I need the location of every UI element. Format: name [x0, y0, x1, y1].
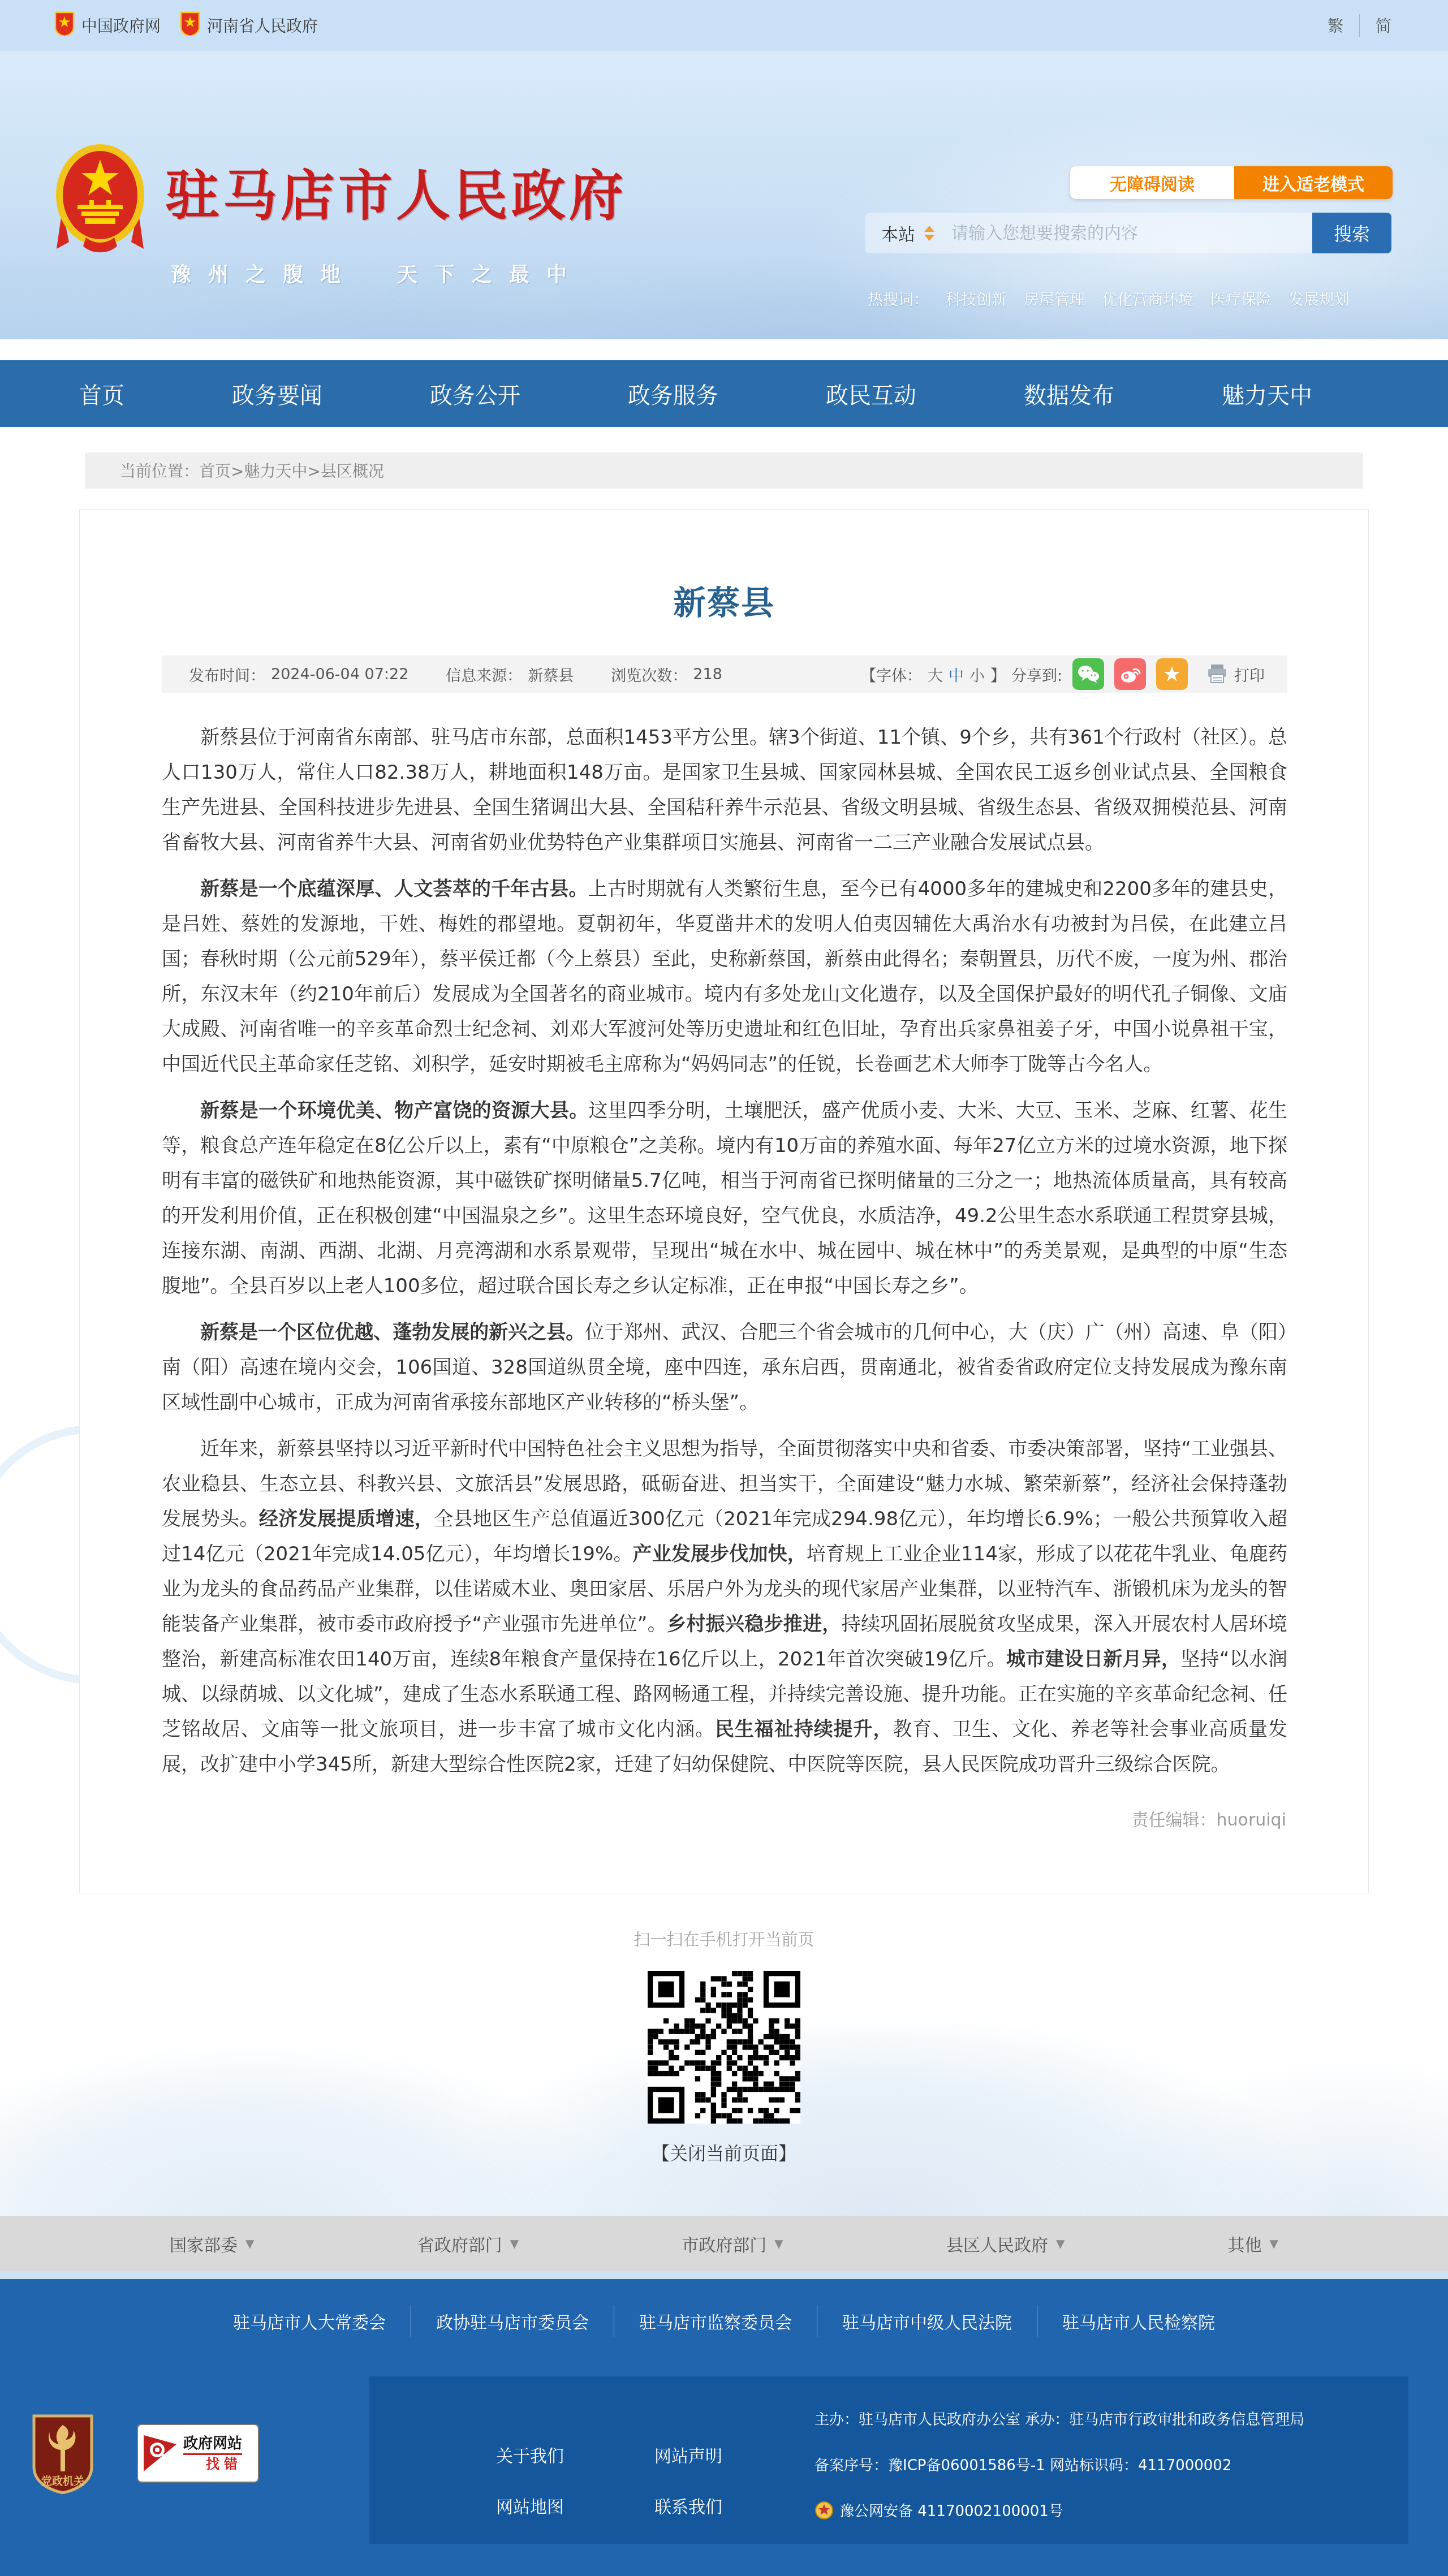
article-paragraph: 新蔡是一个底蕴深厚、人文荟萃的千年古县。上古时期就有人类繁衍生息，至今已有400… — [162, 871, 1287, 1082]
nav-item-open-gov[interactable]: 政务公开 — [430, 378, 520, 410]
link-label: 中国政府网 — [81, 14, 161, 37]
page: 中国政府网 河南省人民政府 繁 简 — [0, 0, 1448, 2576]
footer-link-zhengxie[interactable]: 政协驻马店市委员会 — [411, 2305, 614, 2337]
font-large-button[interactable]: 大 — [928, 663, 943, 685]
breadcrumb-text[interactable]: 当前位置：首页>魅力天中>县区概况 — [120, 459, 384, 482]
tagline-left: 豫州之腹地 — [171, 259, 357, 288]
footer-link-fayuan[interactable]: 驻马店市中级人民法院 — [817, 2305, 1037, 2337]
security-line: 豫公网安备 41170002100001号 — [815, 2500, 1304, 2521]
chevron-down-icon: ▼ — [510, 2237, 519, 2250]
qr-section: 扫一扫在手机打开当前页 【关闭当前页面】 — [0, 1927, 1448, 2165]
nav-item-data[interactable]: 数据发布 — [1024, 378, 1114, 410]
tagline-right: 天下之最中 — [397, 259, 584, 288]
chevron-down-icon: ▼ — [774, 2237, 783, 2250]
favorite-star-icon[interactable]: ★ — [1156, 658, 1188, 690]
nav-item-charm[interactable]: 魅力天中 — [1222, 378, 1312, 410]
footer-link-sitemap[interactable]: 网站地图 — [496, 2493, 564, 2518]
article-meta-right: 【字体： 大 中 小 】 分享到: ★ 打印 — [861, 658, 1265, 690]
hot-word[interactable]: 医疗保险 — [1210, 287, 1272, 309]
site-error-report-badge[interactable]: 政府网站 找错 — [137, 2424, 259, 2483]
link-china-gov[interactable]: 中国政府网 — [54, 11, 161, 40]
footer-info-panel: 关于我们 网站声明 网站地图 联系我们 主办：驻马店市人民政府办公室 承办：驻马… — [369, 2376, 1408, 2544]
national-emblem-icon — [180, 11, 200, 40]
language-switch: 繁 简 — [1328, 0, 1391, 51]
site-emblem-logo[interactable] — [52, 141, 148, 260]
qr-code — [648, 1971, 800, 2124]
share-label: 分享到: — [1011, 663, 1062, 685]
nav-item-news[interactable]: 政务要闻 — [232, 378, 322, 410]
security-text[interactable]: 豫公网安备 41170002100001号 — [839, 2500, 1063, 2521]
hot-word[interactable]: 优化营商环境 — [1102, 287, 1193, 309]
search-bar: 本站 搜索 — [865, 213, 1391, 253]
breadcrumb: 当前位置：首页>魅力天中>县区概况 — [85, 452, 1363, 489]
footer-link-statement[interactable]: 网站声明 — [654, 2442, 722, 2467]
footer-link-renda[interactable]: 驻马店市人大常委会 — [208, 2305, 411, 2337]
article-paragraph: 新蔡是一个区位优越、蓬勃发展的新兴之县。位于郑州、武汉、合肥三个省会城市的几何中… — [162, 1315, 1287, 1420]
accessibility-pill: 无障碍阅读 进入适老模式 — [1070, 166, 1393, 199]
printer-icon — [1206, 663, 1229, 685]
accessible-reading-button[interactable]: 无障碍阅读 — [1070, 166, 1234, 199]
party-gov-badge[interactable]: 党政机关 — [29, 2413, 96, 2496]
font-size-label-end: 】 — [990, 663, 1006, 685]
views-value: 218 — [693, 666, 722, 683]
source-value: 新蔡县 — [528, 663, 574, 685]
article-body: 新蔡县位于河南省东南部、驻马店市东部，总面积1453平方公里。辖3个街道、11个… — [162, 720, 1287, 1793]
page-title: 新蔡县 — [80, 576, 1368, 624]
chevron-down-icon: ▼ — [1056, 2237, 1065, 2250]
national-emblem-icon — [54, 11, 75, 40]
font-small-button[interactable]: 小 — [969, 663, 985, 685]
icp-line: 备案序号：豫ICP备06001586号-1 网站标识码：4117000002 — [815, 2454, 1304, 2475]
footer-link-about[interactable]: 关于我们 — [496, 2442, 564, 2467]
dropdown-provincial-departments[interactable]: 省政府部门▼ — [417, 2231, 519, 2256]
dropdown-city-departments[interactable]: 市政府部门▼ — [682, 2231, 783, 2256]
link-henan-gov[interactable]: 河南省人民政府 — [180, 11, 318, 40]
chevron-down-icon: ▼ — [245, 2237, 254, 2250]
weibo-share-icon[interactable] — [1114, 658, 1146, 690]
publish-time-label: 发布时间： — [189, 663, 265, 685]
gov-links: 中国政府网 河南省人民政府 — [54, 11, 318, 40]
footer-legal-info: 主办：驻马店市人民政府办公室 承办：驻马店市行政审批和政务信息管理局 备案序号：… — [815, 2408, 1304, 2545]
wechat-share-icon[interactable] — [1072, 658, 1104, 690]
article-card: 新蔡县 发布时间： 2024-06-04 07:22 信息来源： 新蔡县 浏览次… — [79, 509, 1369, 1893]
footer-link-contact[interactable]: 联系我们 — [654, 2493, 722, 2518]
divider — [1359, 14, 1360, 37]
print-label: 打印 — [1234, 663, 1265, 685]
footer-org-links: 驻马店市人大常委会 政协驻马店市委员会 驻马店市监察委员会 驻马店市中级人民法院… — [0, 2305, 1448, 2337]
link-label: 河南省人民政府 — [207, 14, 318, 37]
dropdown-national-ministries[interactable]: 国家部委▼ — [170, 2231, 254, 2256]
site-tagline: 豫州之腹地 天下之最中 — [171, 259, 584, 288]
editor-label: 责任编辑： — [1132, 1810, 1217, 1830]
font-medium-button[interactable]: 中 — [949, 663, 964, 685]
chevron-down-icon: ▼ — [1270, 2237, 1278, 2250]
footer-link-jiancha[interactable]: 驻马店市监察委员会 — [614, 2305, 817, 2337]
sort-arrows-icon — [924, 226, 934, 241]
magnifier-flag-icon — [143, 2432, 180, 2475]
dropdown-county-governments[interactable]: 县区人民政府▼ — [946, 2231, 1065, 2256]
source-label: 信息来源： — [446, 663, 522, 685]
search-input[interactable] — [950, 223, 1312, 244]
footer-dropdown-bar: 国家部委▼ 省政府部门▼ 市政府部门▼ 县区人民政府▼ 其他▼ — [0, 2216, 1448, 2271]
dropdown-others[interactable]: 其他▼ — [1228, 2231, 1278, 2256]
views-label: 浏览次数： — [611, 663, 687, 685]
footer: 驻马店市人大常委会 政协驻马店市委员会 驻马店市监察委员会 驻马店市中级人民法院… — [0, 2279, 1448, 2576]
nav-item-home[interactable]: 首页 — [79, 378, 124, 410]
security-badge-icon — [815, 2501, 834, 2520]
article-paragraph: 新蔡县位于河南省东南部、驻马店市东部，总面积1453平方公里。辖3个街道、11个… — [162, 720, 1287, 860]
hot-search-label: 热搜词： — [868, 287, 929, 309]
editor-name: huoruiqi — [1217, 1810, 1286, 1830]
article-meta-left: 发布时间： 2024-06-04 07:22 信息来源： 新蔡县 浏览次数： 2… — [189, 663, 722, 685]
header-banner: 驻马店市人民政府 豫州之腹地 天下之最中 无障碍阅读 进入适老模式 本站 搜索 … — [0, 51, 1448, 339]
lang-traditional-button[interactable]: 繁 — [1328, 14, 1343, 37]
nav-item-services[interactable]: 政务服务 — [628, 378, 718, 410]
main-nav: 首页 政务要闻 政务公开 政务服务 政民互动 数据发布 魅力天中 — [0, 360, 1448, 427]
search-scope-value: 本站 — [881, 221, 915, 245]
hot-word[interactable]: 房屋管理 — [1024, 287, 1085, 309]
nav-item-interaction[interactable]: 政民互动 — [826, 378, 916, 410]
font-size-label: 【字体： — [861, 663, 922, 685]
elder-mode-button[interactable]: 进入适老模式 — [1234, 166, 1393, 199]
hot-word[interactable]: 发展规划 — [1288, 287, 1350, 309]
badge-site-label: 政府网站 — [183, 2434, 242, 2455]
footer-link-jianchayuan[interactable]: 驻马店市人民检察院 — [1037, 2305, 1240, 2337]
editor-line: 责任编辑：huoruiqi — [1132, 1806, 1286, 1831]
hot-search-row: 热搜词： 科技创新 房屋管理 优化营商环境 医疗保险 发展规划 — [868, 287, 1350, 309]
site-title: 驻马店市人民政府 — [165, 153, 627, 230]
publish-time-value: 2024-06-04 07:22 — [271, 666, 408, 683]
qr-tip-text: 扫一扫在手机打开当前页 — [0, 1927, 1448, 1951]
article-paragraph: 近年来，新蔡县坚持以习近平新时代中国特色社会主义思想为指导，全面贯彻落实中央和省… — [162, 1431, 1287, 1782]
article-meta-bar: 发布时间： 2024-06-04 07:22 信息来源： 新蔡县 浏览次数： 2… — [162, 655, 1287, 693]
print-button[interactable]: 打印 — [1206, 663, 1265, 685]
top-utility-bar: 中国政府网 河南省人民政府 繁 简 — [0, 0, 1448, 51]
footer-divider-strip — [0, 2271, 1448, 2279]
search-button[interactable]: 搜索 — [1312, 213, 1391, 253]
lang-simplified-button[interactable]: 简 — [1376, 14, 1391, 37]
search-scope-select[interactable]: 本站 — [865, 221, 950, 245]
close-page-button[interactable]: 【关闭当前页面】 — [0, 2139, 1448, 2165]
hot-word[interactable]: 科技创新 — [946, 287, 1007, 309]
badge-correct-label: 找错 — [183, 2455, 242, 2473]
svg-text:党政机关: 党政机关 — [41, 2475, 84, 2488]
article-paragraph: 新蔡是一个环境优美、物产富饶的资源大县。这里四季分明，土壤肥沃，盛产优质小麦、大… — [162, 1093, 1287, 1304]
host-line: 主办：驻马店市人民政府办公室 承办：驻马店市行政审批和政务信息管理局 — [815, 2408, 1304, 2429]
